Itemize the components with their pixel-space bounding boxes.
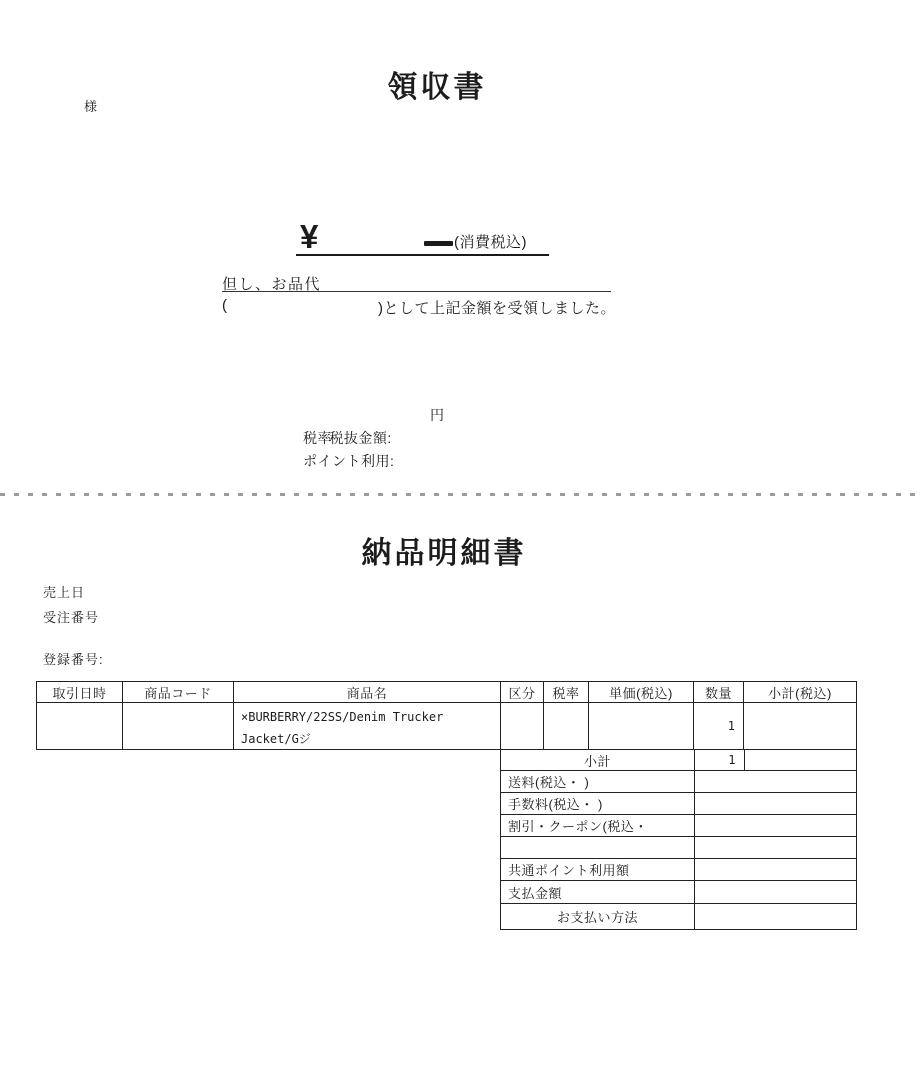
cell-category	[501, 703, 544, 749]
cell-transaction-datetime	[37, 703, 123, 749]
payment-amount-row: 支払金額	[501, 881, 856, 904]
header-transaction-datetime: 取引日時	[37, 682, 123, 703]
subtotal-row: 小計 1	[501, 750, 856, 771]
header-quantity: 数量	[694, 682, 744, 703]
header-subtotal: 小計(税込)	[744, 682, 856, 703]
statement-title: 納品明細書	[0, 528, 888, 572]
shipping-amount	[695, 771, 856, 792]
fee-amount	[695, 793, 856, 814]
header-tax-rate: 税率	[544, 682, 589, 703]
sales-date-label: 売上日	[43, 582, 85, 601]
cell-tax-rate	[544, 703, 589, 749]
cell-product-code	[123, 703, 234, 749]
receipt-title: 領収書	[0, 62, 874, 106]
scanned-receipt-document: 領収書 様 ¥ (消費税込) 但し、お品代 ( )として上記金額を受領しました。…	[0, 0, 921, 1080]
yen-symbol: ¥	[300, 218, 318, 256]
tax-excluded-unit: 円	[430, 404, 445, 427]
product-name-line1: ×BURBERRY/22SS/Denim Trucker Jacket/Gジ	[241, 706, 493, 749]
tax-detail-block: 税抜金額: 円 税率 : ポイント利用:	[303, 404, 394, 473]
payment-amount-label: 支払金額	[501, 881, 695, 903]
item-table: 取引日時 商品コード 商品名 区分 税率 単価(税込) 数量 小計(税込) ×B…	[36, 681, 857, 750]
points-used-line: ポイント利用:	[303, 450, 394, 473]
tax-excluded-line: 税抜金額: 円	[303, 404, 394, 427]
cell-unit-price	[589, 703, 694, 749]
amount-dash	[424, 241, 453, 246]
cell-quantity: 1	[694, 703, 744, 749]
cell-product-name: ×BURBERRY/22SS/Denim Trucker Jacket/Gジ ャ…	[234, 703, 501, 749]
discount-row: 割引・クーポン(税込・	[501, 815, 856, 837]
payment-method-label: お支払い方法	[501, 904, 695, 929]
subtotal-amount	[745, 750, 856, 770]
payment-method-row: お支払い方法	[501, 904, 856, 929]
blank-label	[501, 837, 695, 858]
order-number-label: 受注番号	[43, 607, 99, 626]
payment-amount-value	[695, 881, 856, 903]
registration-number-label: 登録番号:	[43, 649, 104, 668]
summary-table: 小計 1 送料(税込・ ) 手数料(税込・ ) 割引・クーポン(税込・ 共通ポイ…	[500, 750, 857, 930]
discount-amount	[695, 815, 856, 836]
payment-method-value	[695, 904, 856, 929]
amount-underline	[296, 254, 549, 256]
cut-line-separator	[0, 493, 921, 496]
header-product-code: 商品コード	[123, 682, 234, 703]
header-unit-price: 単価(税込)	[589, 682, 694, 703]
common-points-row: 共通ポイント利用額	[501, 859, 856, 881]
subtotal-quantity: 1	[695, 750, 745, 770]
subtotal-label: 小計	[501, 750, 695, 770]
received-note: )として上記金額を受領しました。	[378, 297, 616, 318]
tax-rate-line: 税率 :	[303, 427, 394, 450]
common-points-amount	[695, 859, 856, 880]
addressee-suffix: 様	[84, 96, 98, 115]
tax-included-note: (消費税込)	[454, 231, 527, 252]
fee-label: 手数料(税込・ )	[501, 793, 695, 814]
discount-label: 割引・クーポン(税込・	[501, 815, 695, 836]
header-category: 区分	[501, 682, 544, 703]
fee-row: 手数料(税込・ )	[501, 793, 856, 815]
common-points-label: 共通ポイント利用額	[501, 859, 695, 880]
cell-subtotal	[744, 703, 856, 749]
blank-row	[501, 837, 856, 859]
paren-open: (	[222, 297, 227, 314]
proviso-underline	[222, 291, 611, 292]
blank-amount	[695, 837, 856, 858]
header-product-name: 商品名	[234, 682, 501, 703]
shipping-row: 送料(税込・ )	[501, 771, 856, 793]
shipping-label: 送料(税込・ )	[501, 771, 695, 792]
